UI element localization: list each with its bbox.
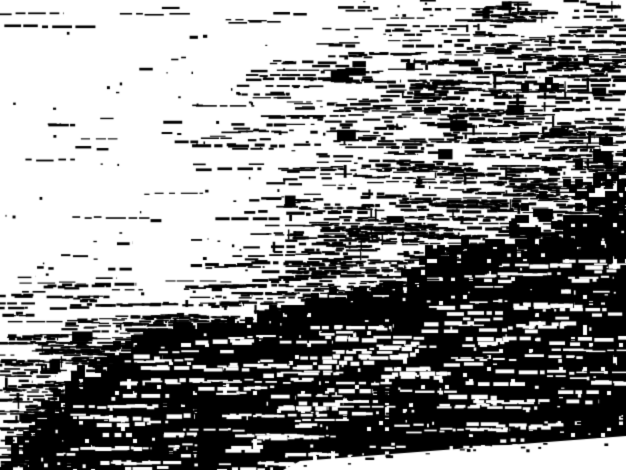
grunge-texture-canvas [0,0,626,470]
grunge-texture-image [0,0,626,470]
